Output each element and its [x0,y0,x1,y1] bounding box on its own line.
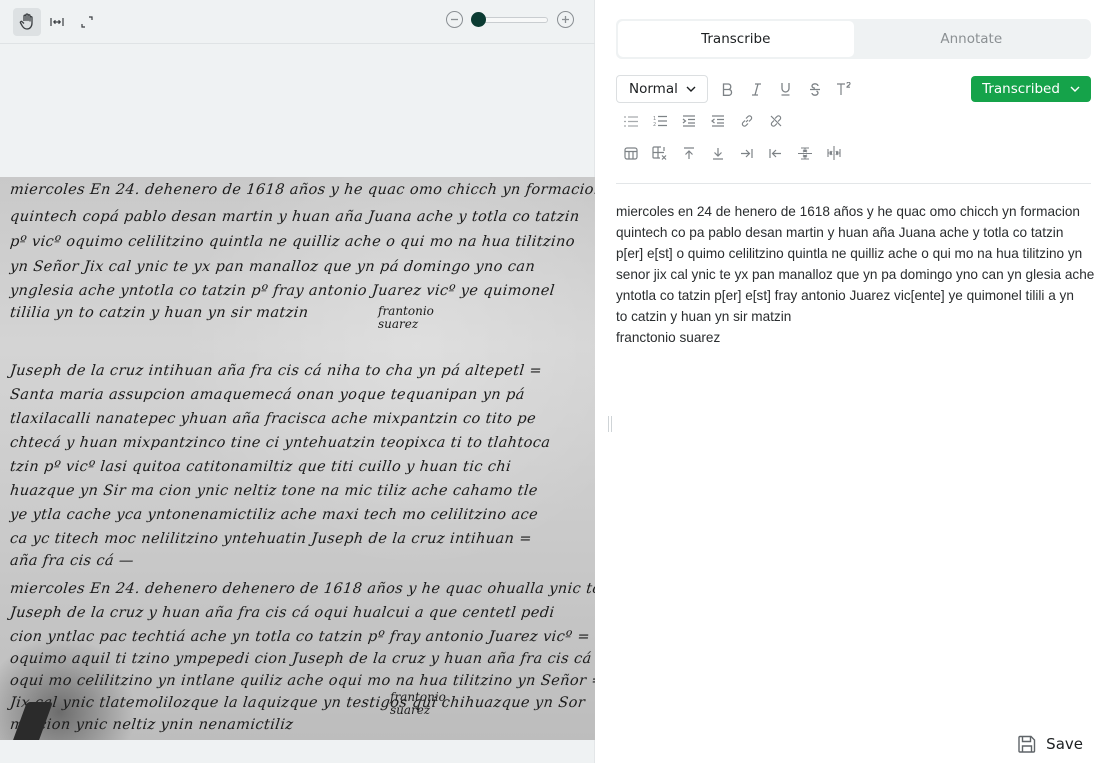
delete-column-icon [827,146,841,160]
manuscript-line: Santa maria assupcion amaquemecá onan yo… [9,387,525,403]
zoom-in-button[interactable] [557,11,574,28]
transcript-line: yntotla co tatzin p[er] e[st] fray anton… [616,285,1096,306]
panel-resize-handle[interactable] [608,416,612,432]
manuscript-line: tzin pº vicº lasi quitoa catitonamiltiz … [9,459,512,475]
outdent-icon [711,115,725,127]
delete-row-button[interactable] [790,139,819,167]
zoom-in-icon [561,15,570,24]
fullscreen-button[interactable] [73,8,101,36]
tab-annotate[interactable]: Annotate [854,21,1090,57]
image-viewer: miercoles En 24. dehenero de 1618 años y… [0,0,595,763]
manuscript-line: miercoles En 24. dehenero dehenero de 16… [9,581,595,597]
manuscript-line: aña fra cis cá — [9,553,135,569]
transcription-status-dropdown[interactable]: Transcribed [971,76,1091,102]
viewer-toolbar [0,0,595,44]
tab-transcribe[interactable]: Transcribe [618,21,854,57]
transcript-line: franctonio suarez [616,327,1096,348]
insert-column-right-button[interactable] [732,139,761,167]
strikethrough-icon [809,83,821,96]
manuscript-line: ye ytla cache yca yntonenamictiliz ache … [9,507,539,523]
underline-icon [780,82,791,96]
text-style-value: Normal [629,81,678,97]
zoom-out-button[interactable] [446,11,463,28]
manuscript-line: miercoles En 24. dehenero de 1618 años y… [9,182,595,198]
link-button[interactable] [732,107,761,135]
manuscript-line: tlaxilacalli nanatepec yhuan aña fracisc… [9,411,537,427]
underline-button[interactable] [771,75,800,103]
zoom-out-icon [450,15,459,24]
save-button[interactable]: Save [1018,733,1083,755]
insert-table-button[interactable] [616,139,645,167]
transcript-line: miercoles en 24 de henero de 1618 años y… [616,201,1096,222]
format-toolbar-row-1: Normal [616,75,858,103]
insert-column-left-icon [769,148,782,159]
delete-table-icon [652,146,667,160]
manuscript-line: oqui mo celilitzino yn intlane quiliz ac… [9,673,595,689]
transcription-app: miercoles En 24. dehenero de 1618 años y… [0,0,1110,763]
unlink-button[interactable] [761,107,790,135]
manuscript-line: quintech copá pablo desan martin y huan … [9,209,580,225]
chevron-down-icon [1070,86,1080,92]
manuscript-line: cion yntlac pac techtiá ache yn totla co… [9,629,591,645]
italic-icon [751,83,762,96]
bold-button[interactable] [713,75,742,103]
floppy-disk-icon [1018,735,1036,753]
superscript-button[interactable] [829,75,858,103]
manuscript-line: huazque yn Sir ma cion ynic neltiz tone … [9,483,538,499]
insert-row-above-icon [683,147,695,160]
superscript-icon [836,82,852,96]
manuscript-line: tililia yn to catzin y huan yn sir matzi… [9,305,309,321]
insert-row-above-button[interactable] [674,139,703,167]
outdent-button[interactable] [703,107,732,135]
expand-icon [80,15,94,29]
manuscript-image[interactable]: miercoles En 24. dehenero de 1618 años y… [0,177,595,740]
zoom-slider-thumb[interactable] [471,12,486,27]
indent-button[interactable] [674,107,703,135]
transcript-line: quintech co pa pablo desan martin y huan… [616,222,1096,243]
manuscript-line: yn Señor Jix cal ynic te yx pan manalloz… [9,259,536,275]
numbered-list-icon: 12 [653,115,667,127]
transcript-line: to catzin y huan yn sir matzin [616,306,1096,327]
toolbar-divider [616,183,1091,184]
fit-width-button[interactable] [43,8,71,36]
save-label: Save [1046,735,1083,753]
manuscript-signature: frantoniosuarez [378,305,434,331]
insert-column-left-button[interactable] [761,139,790,167]
transcript-line: senor jix cal ynic te yx pan manalloz qu… [616,264,1096,285]
manuscript-line: pº vicº oquimo celilitzino quintla ne qu… [9,234,576,250]
delete-row-icon [798,147,812,160]
transcription-text-area[interactable]: miercoles en 24 de henero de 1618 años y… [616,201,1096,348]
delete-column-button[interactable] [819,139,848,167]
bullet-list-button[interactable] [616,107,645,135]
manuscript-line: ma cion ynic neltiz ynin nenamictiliz [9,717,294,733]
manuscript-line: oquimo aquil ti tzino ympepedi cion Juse… [9,651,595,667]
link-icon [740,114,754,128]
format-toolbar-row-3 [616,139,848,167]
manuscript-line: ynglesia ache yntotla co tatzin pº fray … [9,283,555,299]
format-toolbar-row-2: 12 [616,107,790,135]
bold-icon [722,83,733,96]
manuscript-line: Juseph de la cruz intihuan aña fra cis c… [9,363,543,379]
manuscript-line: chtecá y huan mixpantzinco tine ci ynteh… [9,435,551,451]
strikethrough-button[interactable] [800,75,829,103]
insert-row-below-icon [712,147,724,160]
zoom-control [446,11,574,28]
zoom-slider[interactable] [476,17,548,23]
insert-column-right-icon [740,148,753,159]
manuscript-line: ca yc titech moc nelilitzino yntehuatin … [9,531,533,547]
transcription-editor: Transcribe Annotate Normal [595,0,1110,763]
delete-table-button[interactable] [645,139,674,167]
chevron-down-icon [686,86,696,92]
svg-text:2: 2 [653,122,656,127]
manuscript-signature: frantoniosuarez [390,691,446,717]
text-style-select[interactable]: Normal [616,75,708,103]
numbered-list-button[interactable]: 12 [645,107,674,135]
status-label: Transcribed [982,81,1060,97]
italic-button[interactable] [742,75,771,103]
bullet-list-icon [624,116,638,127]
pan-tool-button[interactable] [13,8,41,36]
transcript-line: p[er] e[st] o quimo celilitzino quintla … [616,243,1096,264]
table-icon [624,147,638,160]
mode-tabs: Transcribe Annotate [616,19,1091,59]
fit-width-icon [50,17,64,27]
manuscript-line: Jix cal ynic tlatemolilozque la laquizqu… [9,695,586,711]
manuscript-line: Juseph de la cruz y huan aña fra cis cá … [9,605,555,621]
insert-row-below-button[interactable] [703,139,732,167]
indent-icon [682,115,696,127]
hand-icon [19,13,35,30]
unlink-icon [769,114,783,128]
